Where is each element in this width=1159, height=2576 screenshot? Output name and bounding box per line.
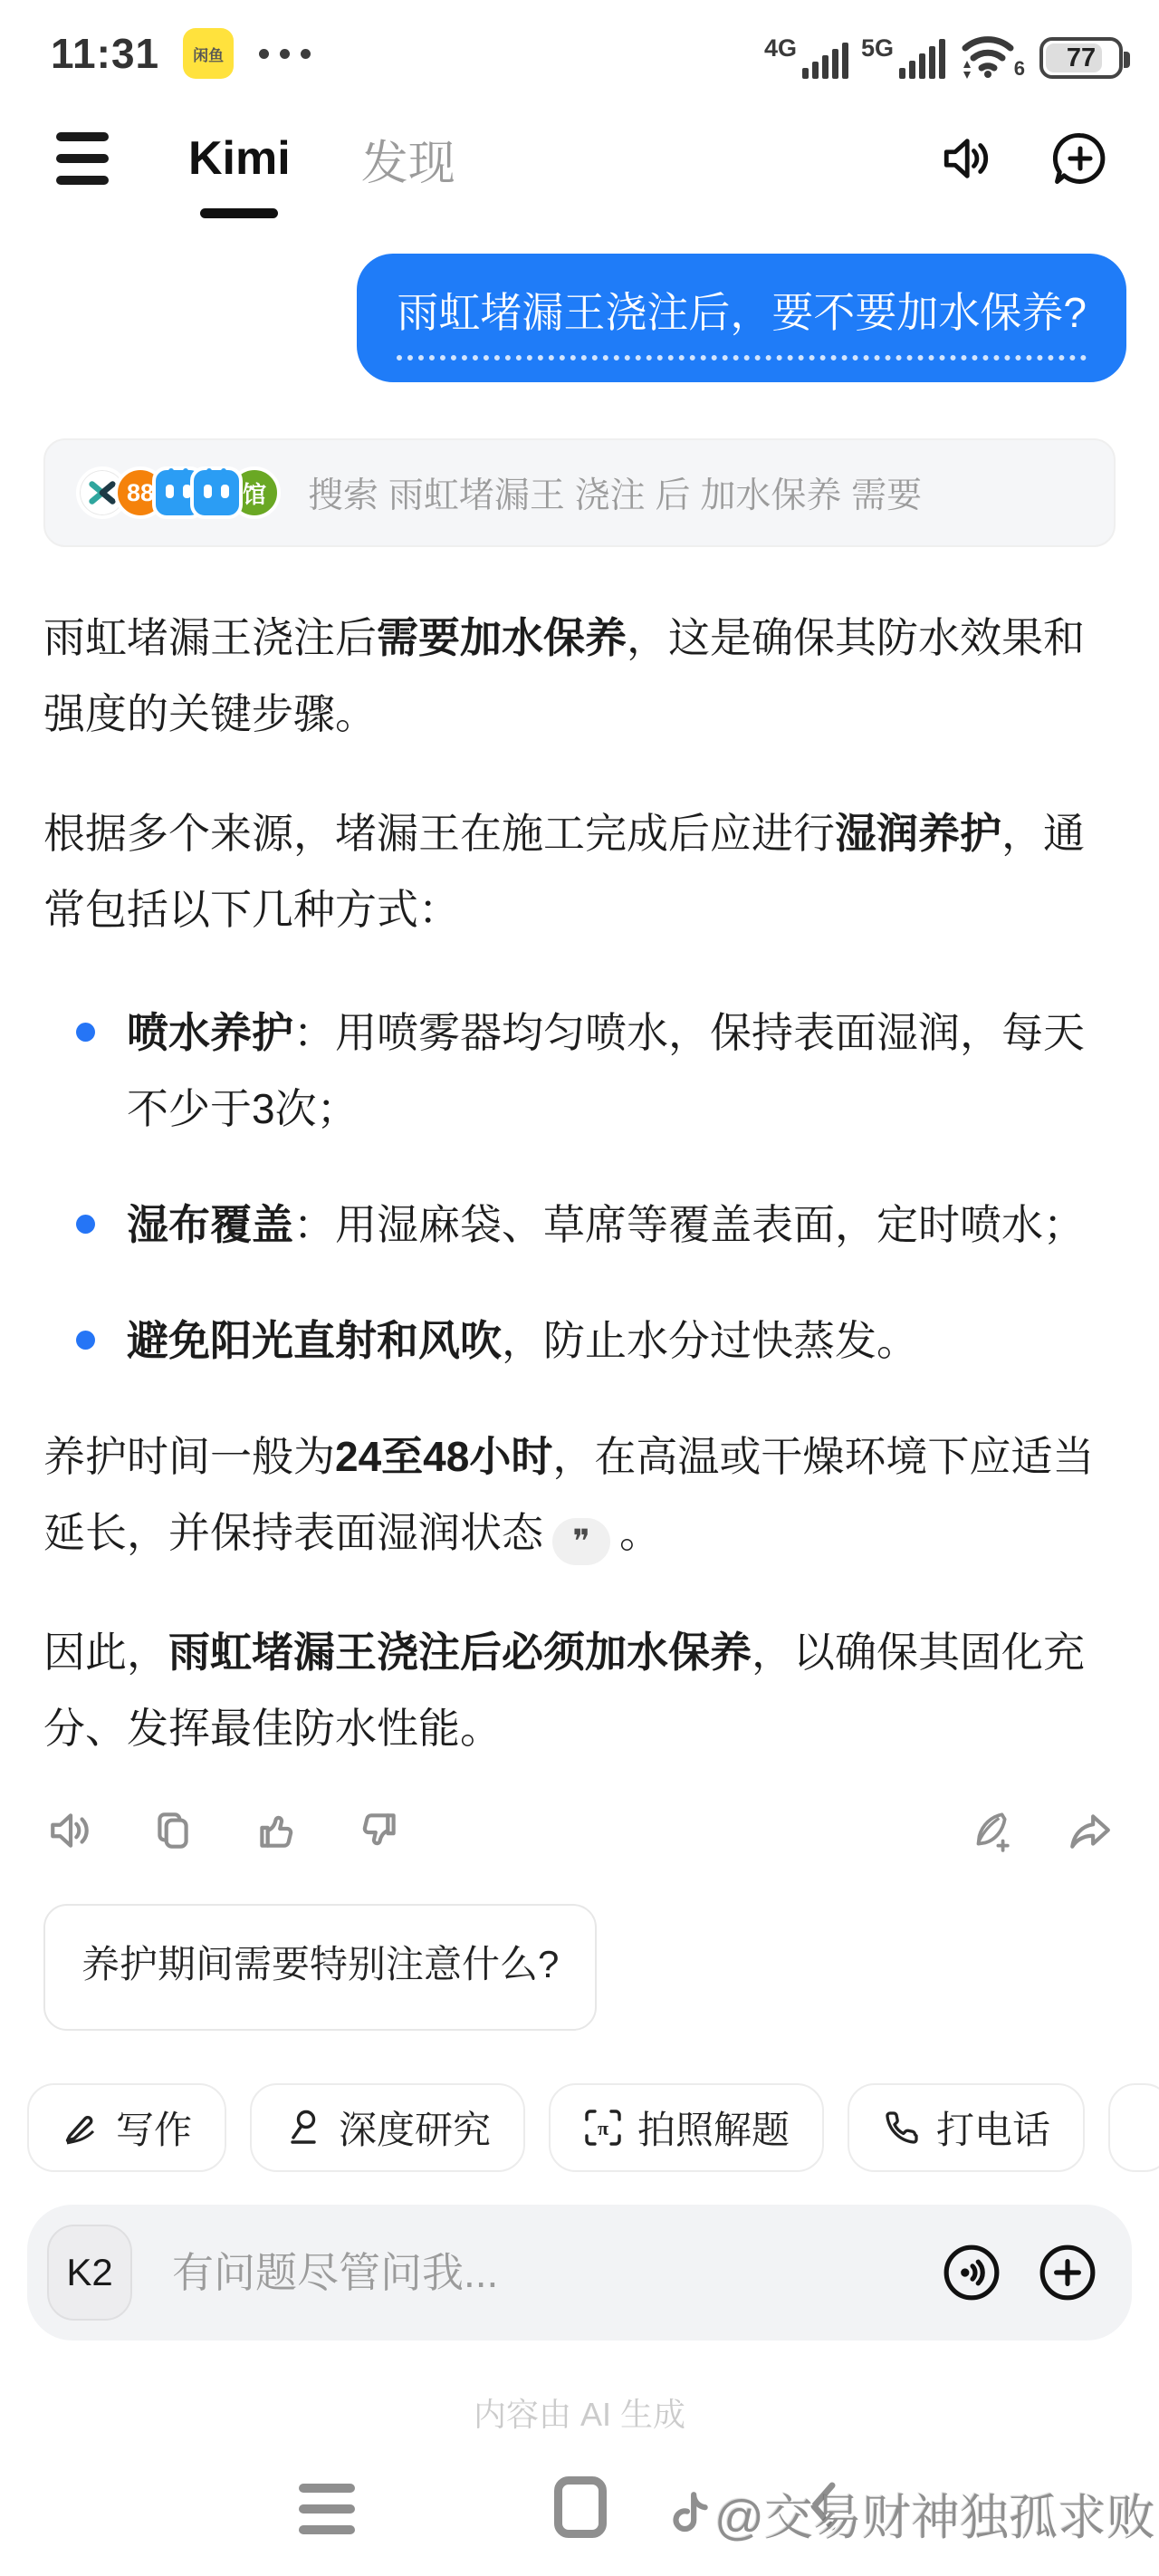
answer-bullet-list: 喷水养护：用喷雾器均匀喷水，保持表面湿润，每天不少于3次； 湿布覆盖：用湿麻袋、… <box>43 991 1117 1379</box>
user-message-text: 雨虹堵漏王浇注后，要不要加水保养? <box>397 284 1087 360</box>
svg-text:π: π <box>598 2117 608 2139</box>
douyin-logo-icon <box>667 2488 711 2541</box>
more-notifications-icon <box>259 49 311 59</box>
thumbs-down-icon[interactable] <box>357 1808 402 1853</box>
bullet-dot <box>76 1215 95 1234</box>
status-bar: 11:31 闲鱼 4G 5G <box>0 0 1159 87</box>
tool-chips-row: 写作 深度研究 π 拍照解题 <box>27 2083 1159 2172</box>
clock: 11:31 <box>51 29 159 78</box>
tab-kimi[interactable]: Kimi <box>188 131 291 186</box>
ai-generated-disclaimer: 内容由 AI 生成 <box>0 2389 1159 2436</box>
bullet-item: 避免阳光直射和风吹，防止水分过快蒸发。 <box>43 1302 1117 1379</box>
xianyu-app-icon: 闲鱼 <box>183 28 234 79</box>
chip-writing[interactable]: 写作 <box>27 2083 226 2172</box>
citation-badge[interactable]: ❞ <box>552 1518 610 1565</box>
answer-actions <box>0 1784 1159 1853</box>
user-message-bubble[interactable]: 雨虹堵漏王浇注后，要不要加水保养? <box>357 254 1126 382</box>
answer-paragraph: 因此，雨虹堵漏王浇注后必须加水保养，以确保其固化充分、发挥最佳防水性能。 <box>43 1614 1117 1766</box>
tab-discover[interactable]: 发现 <box>361 125 455 193</box>
bullet-dot <box>76 1023 95 1042</box>
message-input-bar[interactable]: K2 <box>27 2205 1132 2341</box>
source-favicon-robot-icon <box>190 466 243 519</box>
answer-paragraph: 根据多个来源，堵漏王在施工完成后应进行湿润养护，通常包括以下几种方式： <box>43 795 1117 947</box>
answer-paragraph: 养护时间一般为24至48小时，在高温或干燥环境下应适当延长，并保持表面湿润状态❞… <box>43 1418 1117 1571</box>
bullet-dot <box>76 1331 95 1350</box>
chip-partial[interactable] <box>1108 2083 1159 2172</box>
watermark-handle: @交易财神独孤求败 <box>714 2479 1155 2549</box>
signal-4g: 4G <box>764 43 848 79</box>
battery-indicator: 77 <box>1039 37 1123 79</box>
model-badge[interactable]: K2 <box>47 2225 132 2321</box>
wifi-icon: 6 <box>958 28 1021 79</box>
share-icon[interactable] <box>1067 1808 1112 1853</box>
signal-5g: 5G <box>861 39 945 79</box>
pen-icon <box>62 2108 101 2148</box>
recents-nav-icon[interactable] <box>299 2484 355 2534</box>
signal-bars-icon <box>899 39 945 79</box>
assistant-answer: 雨虹堵漏王浇注后需要加水保养，这是确保其防水效果和强度的关键步骤。 根据多个来源… <box>0 547 1159 1766</box>
scan-pi-icon: π <box>583 2108 623 2148</box>
watermark: @交易财神独孤求败 <box>667 2479 1155 2549</box>
chip-photo-solve[interactable]: π 拍照解题 <box>549 2083 824 2172</box>
chat-input[interactable] <box>172 2248 942 2297</box>
app-header: Kimi 发现 <box>0 87 1159 196</box>
add-attachment-icon[interactable] <box>1038 2243 1097 2302</box>
speak-answer-icon[interactable] <box>47 1808 92 1853</box>
phone-icon <box>882 2108 922 2148</box>
thumbs-up-icon[interactable] <box>254 1808 299 1853</box>
phone-screen: 11:31 闲鱼 4G 5G <box>0 0 1159 2576</box>
source-favicons: 88 馆 <box>76 466 281 519</box>
bullet-item: 喷水养护：用喷雾器均匀喷水，保持表面湿润，每天不少于3次； <box>43 995 1117 1147</box>
system-nav-bar: @交易财神独孤求败 <box>0 2473 1159 2554</box>
new-chat-icon[interactable] <box>1052 130 1108 187</box>
search-sources-card[interactable]: 88 馆 搜索 雨虹堵漏王 浇注 后 加水保养 需要 <box>43 438 1116 547</box>
signal-bars-icon <box>802 43 848 79</box>
suggested-question-chip[interactable]: 养护期间需要特别注意什么? <box>43 1904 597 2031</box>
answer-paragraph: 雨虹堵漏王浇注后需要加水保养，这是确保其防水效果和强度的关键步骤。 <box>43 600 1117 752</box>
bottom-panel: 写作 深度研究 π 拍照解题 <box>0 2072 1159 2576</box>
read-aloud-icon[interactable] <box>940 132 992 185</box>
home-nav-icon[interactable] <box>554 2476 607 2538</box>
copy-icon[interactable] <box>150 1808 196 1853</box>
bullet-item: 湿布覆盖：用湿麻袋、草席等覆盖表面，定时喷水； <box>43 1187 1117 1263</box>
wifi6-label: 6 <box>1014 57 1025 81</box>
research-icon <box>284 2108 324 2148</box>
continue-writing-icon[interactable] <box>967 1808 1012 1853</box>
chip-deep-research[interactable]: 深度研究 <box>250 2083 525 2172</box>
menu-icon[interactable] <box>56 132 109 185</box>
search-query-text: 搜索 雨虹堵漏王 浇注 后 加水保养 需要 <box>308 467 922 518</box>
chip-phone-call[interactable]: 打电话 <box>848 2083 1085 2172</box>
voice-call-icon[interactable] <box>942 2243 1001 2302</box>
